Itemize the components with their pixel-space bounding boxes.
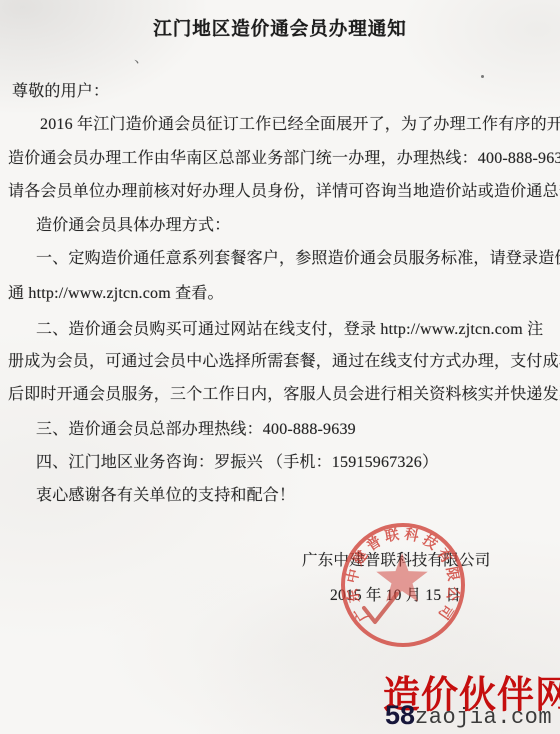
- body-line: 2016 年江门造价通会员征订工作已经全面展开了，为了办理工作有序的开展，: [40, 116, 560, 134]
- body-line: 造价通会员具体办理方式：: [36, 217, 230, 235]
- watermark-url-rest: zaojia.com: [415, 705, 552, 730]
- body-line: 一、定购造价通任意系列套餐客户，参照造价通会员服务标准，请登录造价: [36, 250, 560, 268]
- body-line: 三、造价通会员总部办理热线：400-888-9639: [36, 421, 356, 439]
- check-mark-icon: [364, 594, 397, 622]
- body-line: 册成为会员，可通过会员中心选择所需套餐，通过在线支付方式办理，支付成功: [8, 353, 560, 371]
- body-line: 后即时开通会员服务，三个工作日内，客服人员会进行相关资料核实并快递发票。: [8, 386, 560, 404]
- page-title: 江门地区造价通会员办理通知: [0, 15, 560, 41]
- watermark-site-url: 58zaojia.com: [385, 700, 552, 731]
- star-icon: [376, 553, 427, 602]
- scanned-notice-page: 江门地区造价通会员办理通知 尊敬的用户： 2016 年江门造价通会员征订工作已经…: [0, 0, 560, 734]
- body-line: 四、江门地区业务咨询：罗振兴 （手机：15915967326）: [36, 454, 438, 472]
- scan-stray-mark: 、: [134, 46, 149, 67]
- body-line: 请各会员单位办理前核对好办理人员身份，详情可咨询当地造价站或造价通总部！: [8, 183, 560, 201]
- scan-dot-mark: [481, 75, 484, 78]
- body-line: 衷心感谢各有关单位的支持和配合！: [36, 487, 295, 505]
- salutation-line: 尊敬的用户：: [12, 83, 109, 101]
- watermark-url-prefix: 58: [385, 700, 415, 730]
- body-line: 二、造价通会员购买可通过网站在线支付，登录 http://www.zjtcn.c…: [36, 321, 543, 339]
- company-seal: 广东中建普联科技有限公司: [336, 518, 470, 652]
- body-line: 通 http://www.zjtcn.com 查看。: [8, 285, 224, 303]
- body-line: 造价通会员办理工作由华南区总部业务部门统一办理，办理热线：400-888-963…: [8, 150, 560, 168]
